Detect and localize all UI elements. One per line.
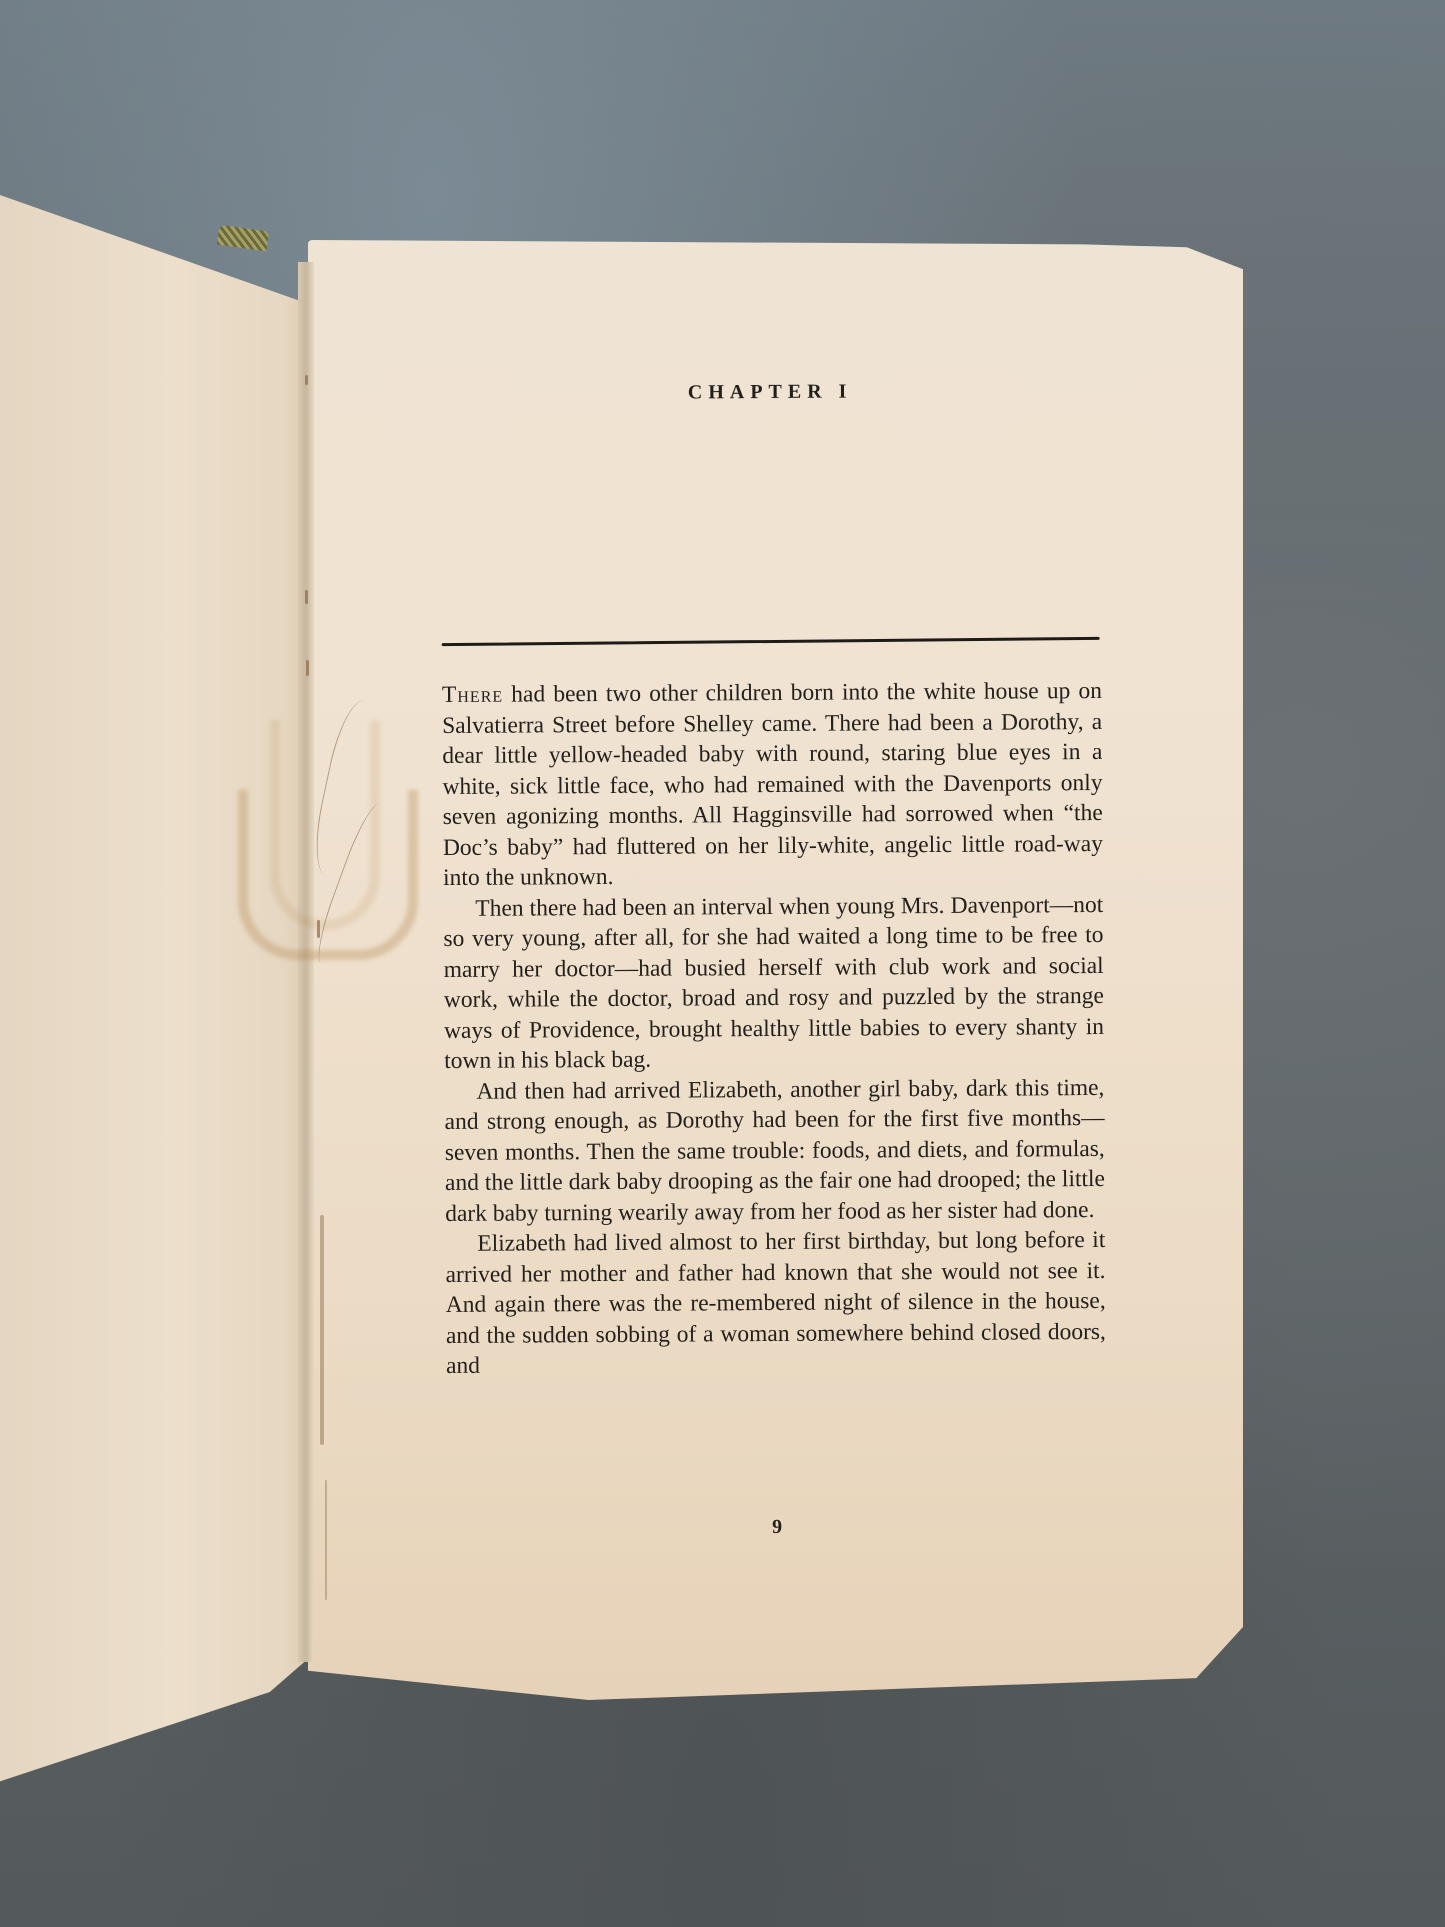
page-text-block: CHAPTER I There had been two other child… [440,366,1100,406]
chapter-heading: CHAPTER I [440,379,1100,406]
paragraph-3: And then had arrived Elizabeth, another … [444,1072,1105,1229]
book-headband [217,225,269,252]
paragraph-text: had been two other children born into th… [442,678,1103,891]
chapter-body: There had been two other children born i… [442,676,1106,1382]
drop-word: There [442,682,503,708]
page-number: 9 [447,1514,1107,1541]
spine-stitch [320,1215,324,1445]
paragraph-2: Then there had been an interval when you… [443,889,1104,1076]
spine-stitch [305,375,308,385]
spine-stitch [305,590,308,604]
spine-stitch [306,660,309,676]
paragraph-4: Elizabeth had lived almost to her first … [445,1225,1106,1382]
paragraph-1: There had been two other children born i… [442,676,1103,894]
book-gutter [298,262,314,1662]
spine-stitch [325,1480,327,1600]
photo-scene: CHAPTER I There had been two other child… [0,0,1445,1927]
left-page-blank [0,188,325,1788]
